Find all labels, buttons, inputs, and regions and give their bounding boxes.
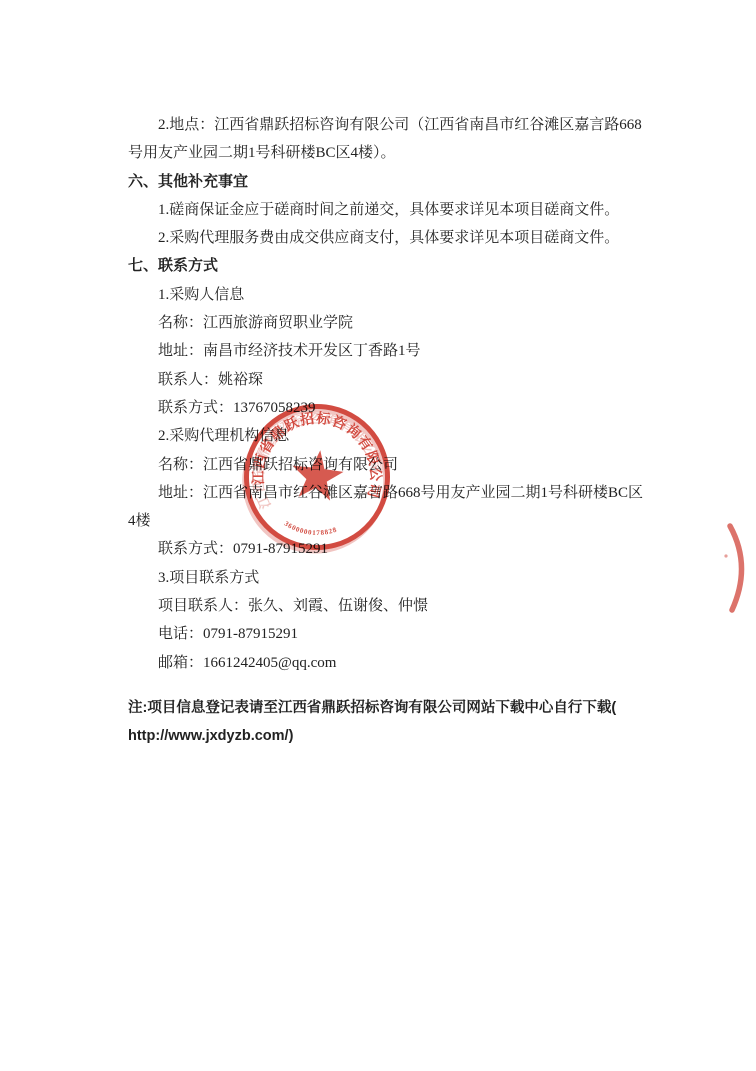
paragraph: 2.采购代理服务费由成交供应商支付，具体要求详见本项目磋商文件。 xyxy=(128,224,649,252)
section-heading: 六、其他补充事宜 xyxy=(128,168,649,196)
document-page: 2.地点：江西省鼎跃招标咨询有限公司（江西省南昌市红谷滩区嘉言路668号用友产业… xyxy=(0,0,756,1071)
seal-serial-number: 3600000178828 xyxy=(282,519,339,540)
page-edge-stamp-mark xyxy=(718,522,756,614)
seal-star-icon xyxy=(289,447,346,502)
paragraph: 项目联系人：张久、刘霞、伍谢俊、仲憬 xyxy=(128,592,649,620)
note-paragraph: http://www.jxdyzb.com/) xyxy=(128,722,649,750)
paragraph: 邮箱：1661242405@qq.com xyxy=(128,649,649,677)
paragraph: 地址：南昌市经济技术开发区丁香路1号 xyxy=(128,337,649,365)
paragraph: 电话：0791-87915291 xyxy=(128,620,649,648)
paragraph: 1.采购人信息 xyxy=(128,281,649,309)
note-paragraph: 注:项目信息登记表请至江西省鼎跃招标咨询有限公司网站下载中心自行下载( xyxy=(128,694,649,722)
section-heading: 七、联系方式 xyxy=(128,252,649,280)
paragraph: 名称：江西旅游商贸职业学院 xyxy=(128,309,649,337)
paragraph: 2.地点：江西省鼎跃招标咨询有限公司（江西省南昌市红谷滩区嘉言路668号用友产业… xyxy=(128,111,649,168)
paragraph: 1.磋商保证金应于磋商时间之前递交，具体要求详见本项目磋商文件。 xyxy=(128,196,649,224)
company-seal: 江西省鼎跃招标咨询有限公司 江西省鼎跃招标咨询有限公司 360000017882… xyxy=(230,390,410,570)
